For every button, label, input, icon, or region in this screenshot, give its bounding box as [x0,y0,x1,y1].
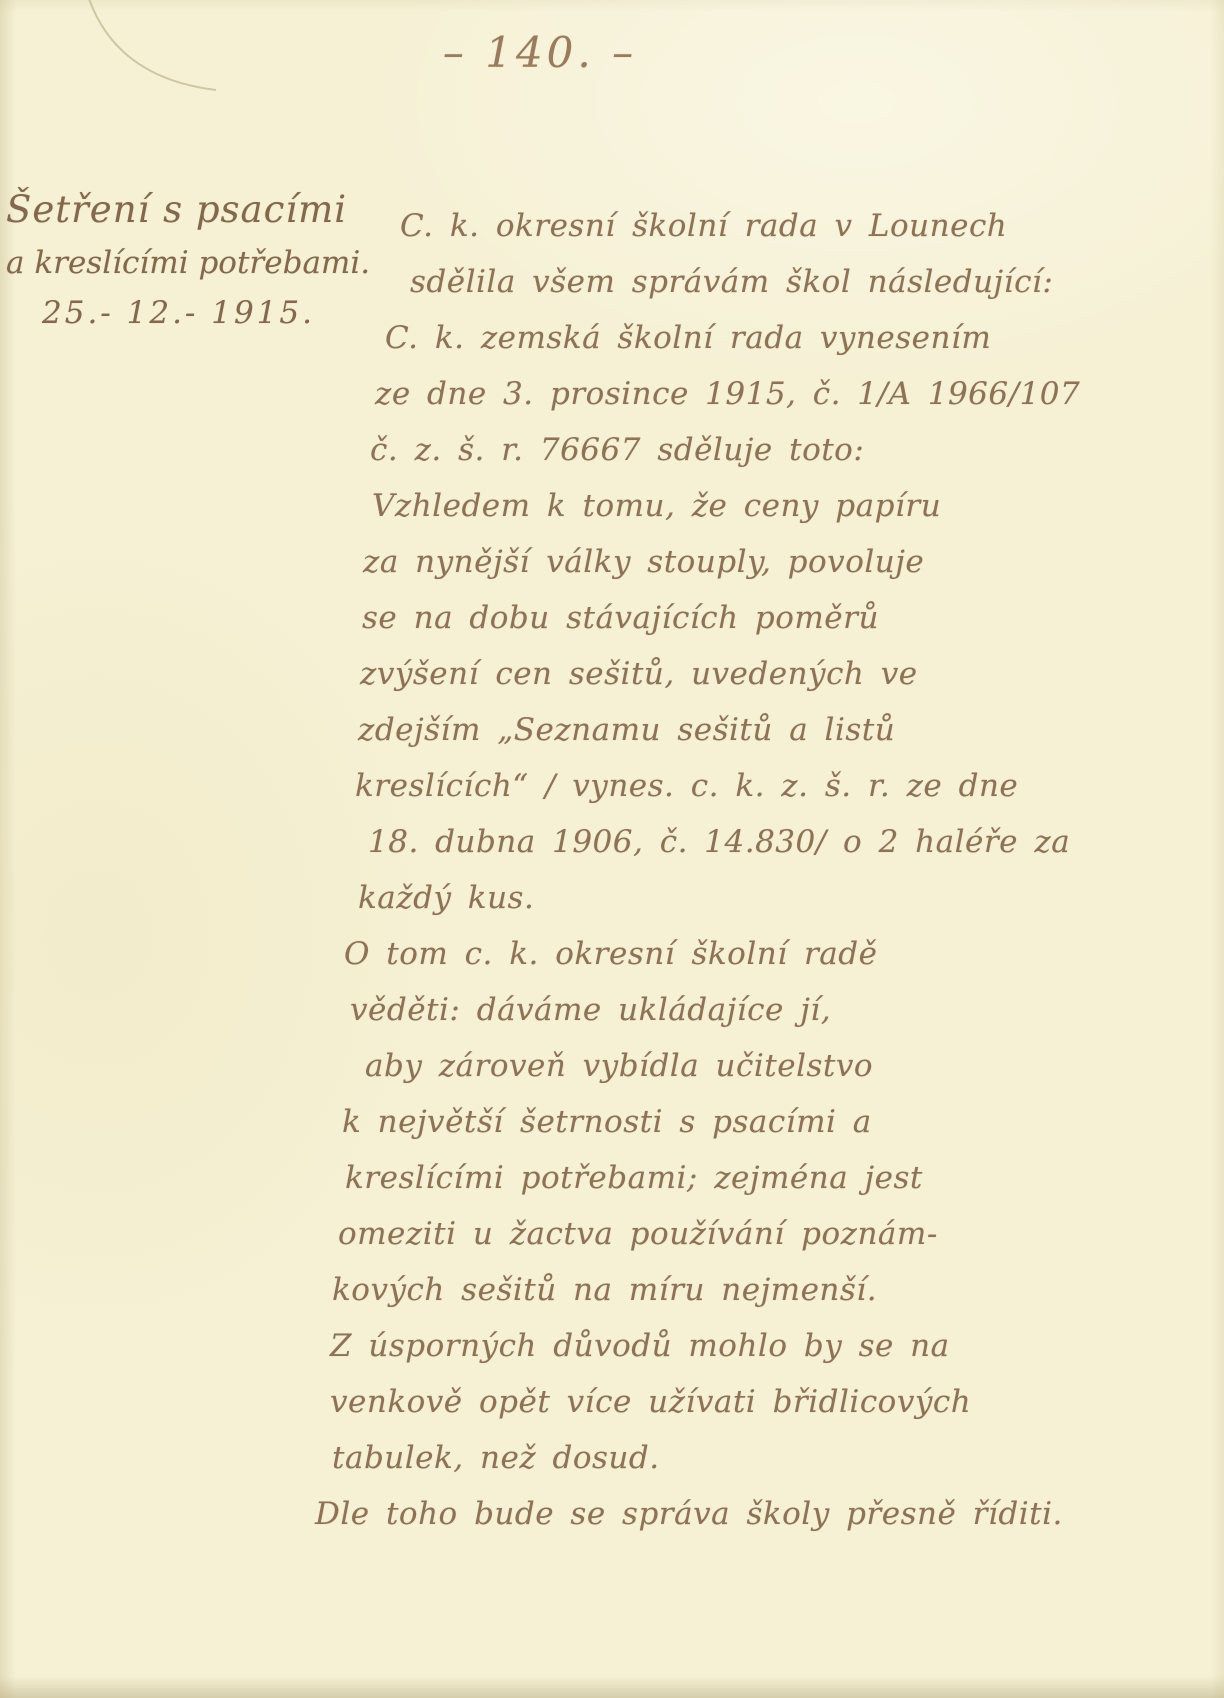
body-line: Vzhledem k tomu, že ceny papíru [372,478,1210,534]
body-line: č. z. š. r. 76667 sděluje toto: [370,422,1210,478]
body-line: kreslících“ / vynes. c. k. z. š. r. ze d… [355,758,1210,814]
page-number: – 140. – [380,28,700,77]
body-line: C. k. zemská školní rada vynesením [385,310,1210,366]
body-line: k největší šetrnosti s psacími a [342,1094,1210,1150]
body-line: kových sešitů na míru nejmenší. [332,1262,1210,1318]
body-line: sdělila všem správám škol následující: [410,254,1210,310]
manuscript-page: – 140. – Šetření s psacími a kreslícími … [0,0,1224,1698]
body-line: ze dne 3. prosince 1915, č. 1/A 1966/107 [375,366,1210,422]
body-line: za nynější války stouply, povoluje [363,534,1210,590]
margin-note-date: 25.- 12.- 1915. [6,295,354,331]
body-line: C. k. okresní školní rada v Lounech [400,198,1210,254]
body-line: věděti: dáváme ukládajíce jí, [350,982,1210,1038]
body-line: venkově opět více užívati břidlicových [330,1374,1210,1430]
body-line: se na dobu stávajících poměrů [362,590,1210,646]
body-line: každý kus. [358,870,1210,926]
body-line: omeziti u žactva používání poznám- [338,1206,1210,1262]
pencil-curve-mark [58,0,318,116]
margin-note: Šetření s psacími a kreslícími potřebami… [6,188,354,331]
body-line: zdejším „Seznamu sešitů a listů [358,702,1210,758]
body-line: Dle toho bude se správa školy přesně říd… [315,1486,1210,1542]
body-line: 18. dubna 1906, č. 14.830/ o 2 haléře za [368,814,1210,870]
body-line: kreslícími potřebami; zejména jest [345,1150,1210,1206]
letter-body: C. k. okresní školní rada v Lounech sděl… [330,198,1210,1542]
margin-note-title-line-1: Šetření s psacími [6,188,354,231]
body-line: tabulek, než dosud. [332,1430,1210,1486]
margin-note-title-line-2: a kreslícími potřebami. [6,245,354,281]
body-line: aby zároveň vybídla učitelstvo [365,1038,1210,1094]
body-line: Z úsporných důvodů mohlo by se na [330,1318,1210,1374]
body-line: zvýšení cen sešitů, uvedených ve [360,646,1210,702]
body-line: O tom c. k. okresní školní radě [344,926,1210,982]
